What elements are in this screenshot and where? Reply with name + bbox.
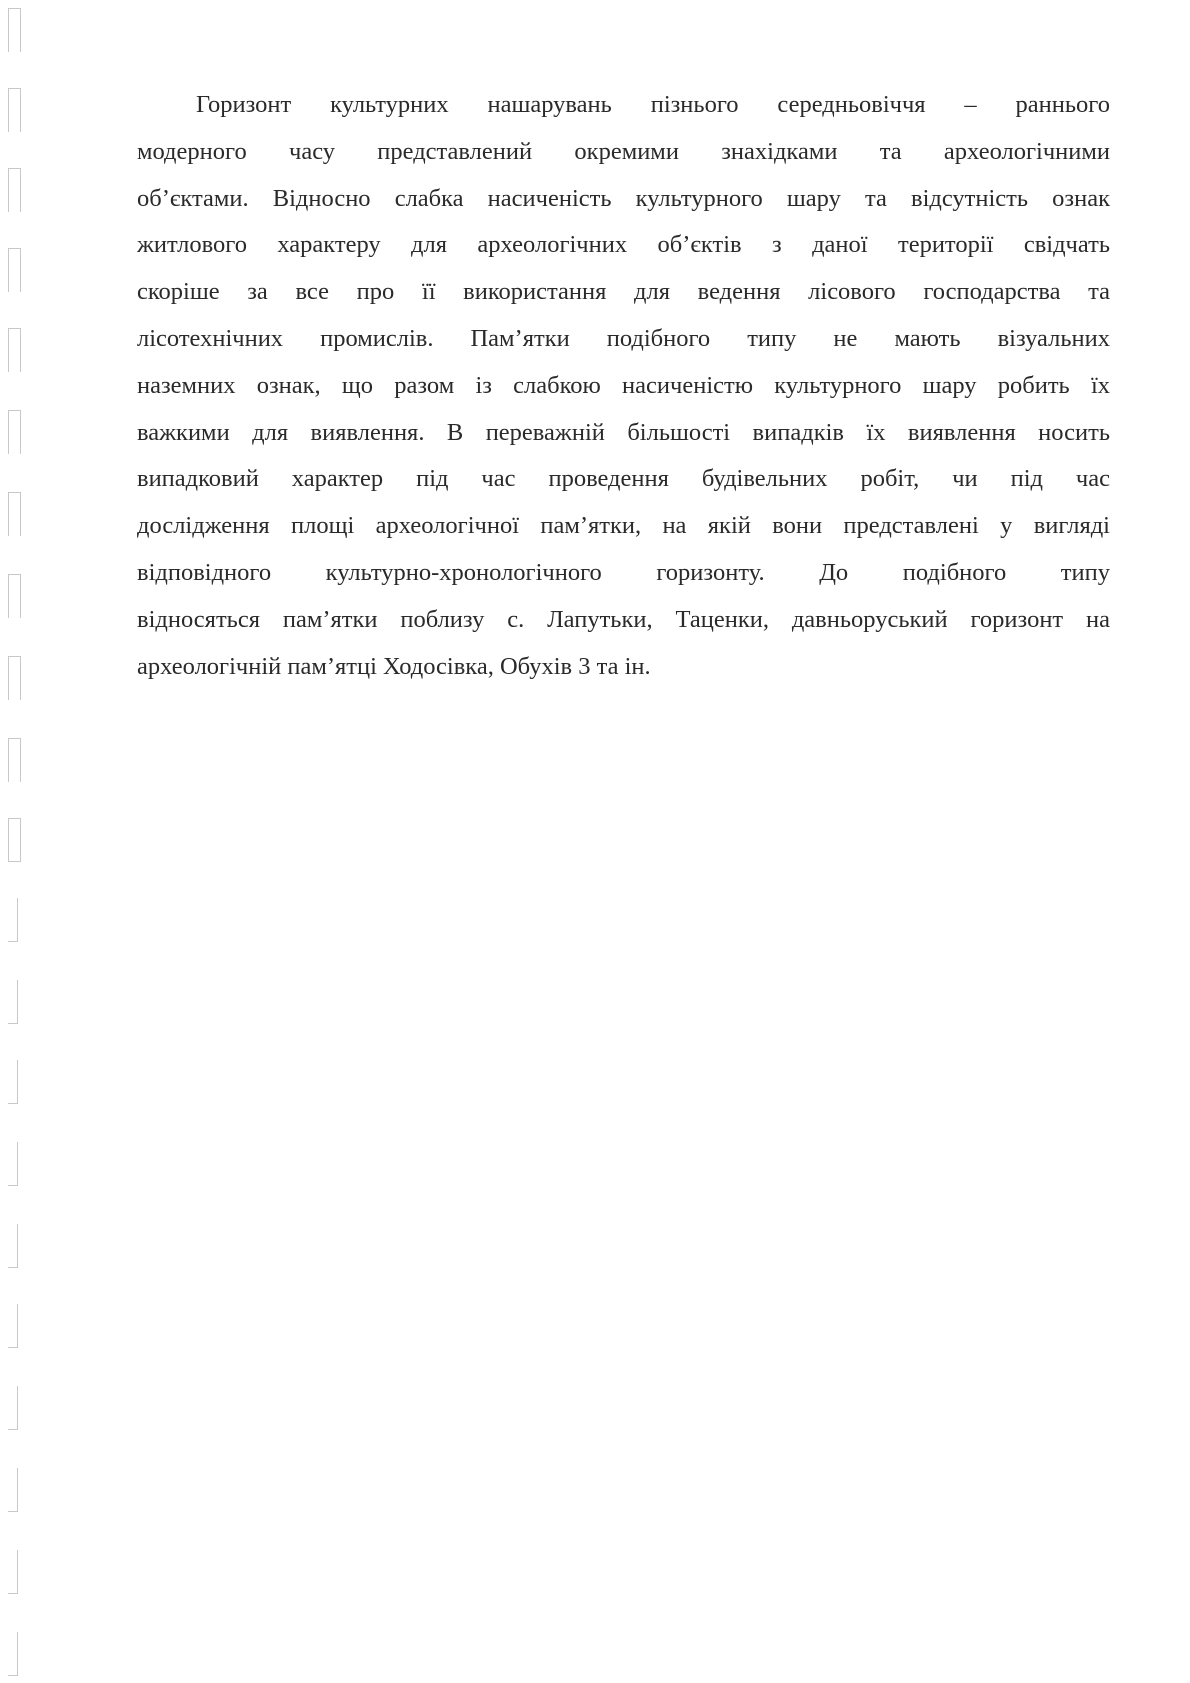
binding-mark (8, 168, 21, 212)
text-line: лісотехнічних промислів. Пам’ятки подібн… (137, 316, 1110, 363)
body-paragraph: Горизонт культурних нашарувань пізнього … (137, 82, 1110, 690)
text-line: випадковий характер під час проведення б… (137, 456, 1110, 503)
binding-mark (8, 1142, 18, 1186)
text-line: модерного часу представлений окремими зн… (137, 129, 1110, 176)
text-line: відносяться пам’ятки поблизу с. Лапутьки… (137, 597, 1110, 644)
binding-mark (8, 898, 18, 942)
text-line: наземних ознак, що разом із слабкою наси… (137, 363, 1110, 410)
text-line: археологічній пам’ятці Ходосівка, Обухів… (137, 644, 1110, 691)
binding-hole-marks (0, 0, 40, 1683)
binding-mark (8, 410, 21, 454)
text-line: об’єктами. Відносно слабка насиченість к… (137, 176, 1110, 223)
text-line: дослідження площі археологічної пам’ятки… (137, 503, 1110, 550)
binding-mark (8, 656, 21, 700)
binding-mark (8, 980, 18, 1024)
text-line: відповідного культурно-хронологічного го… (137, 550, 1110, 597)
text-line: Горизонт культурних нашарувань пізнього … (137, 82, 1110, 129)
binding-mark (8, 8, 21, 52)
binding-mark (8, 1060, 18, 1104)
binding-mark (8, 492, 21, 536)
binding-mark (8, 818, 21, 862)
binding-mark (8, 1632, 18, 1676)
binding-mark (8, 1550, 18, 1594)
text-line: житлового характеру для археологічних об… (137, 222, 1110, 269)
text-line: важкими для виявлення. В переважній біль… (137, 410, 1110, 457)
binding-mark (8, 1468, 18, 1512)
text-line: скоріше за все про її використання для в… (137, 269, 1110, 316)
binding-mark (8, 738, 21, 782)
binding-mark (8, 88, 21, 132)
binding-mark (8, 1386, 18, 1430)
binding-mark (8, 1224, 18, 1268)
binding-mark (8, 328, 21, 372)
binding-mark (8, 1304, 18, 1348)
binding-mark (8, 574, 21, 618)
binding-mark (8, 248, 21, 292)
